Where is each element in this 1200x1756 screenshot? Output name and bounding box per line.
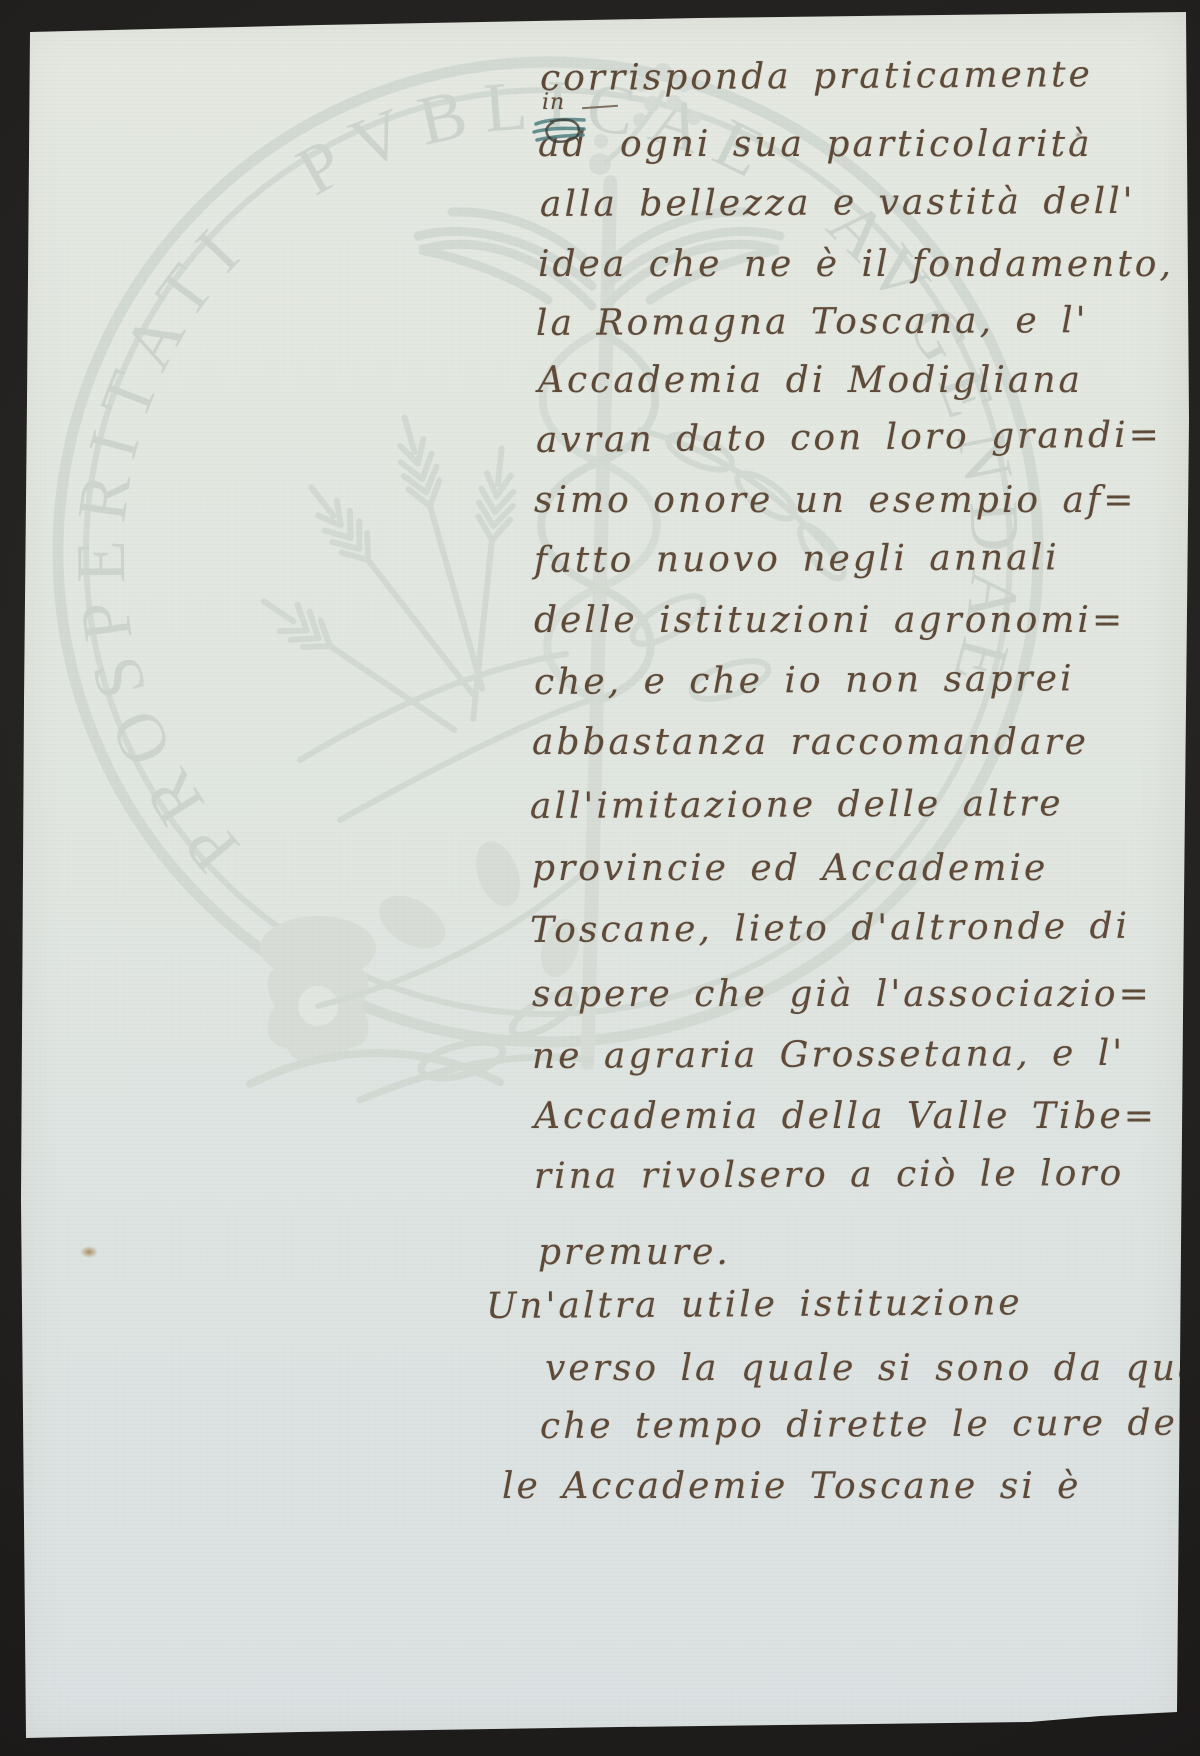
insertion-dash [582,105,618,110]
manuscript-line-with-correction: in ad ogni sua particolarità [538,124,1093,165]
manuscript-line: le Accademie Toscane si è [502,1466,1081,1507]
manuscript-line: che tempo dirette le cure del= [540,1402,1200,1447]
manuscript-line: delle istituzioni agronomi= [534,600,1125,641]
manuscript-line: Un'altra utile istituzione [486,1282,1023,1327]
manuscript-line: Accademia della Valle Tibe= [534,1096,1157,1137]
manuscript-line: che, e che io non saprei [534,658,1075,703]
manuscript-line: premure. [538,1232,731,1273]
manuscript-line: simo onore un esempio af= [534,480,1136,521]
manuscript-line: rina rivolsero a ciò le loro [534,1153,1124,1197]
manuscript-line: Toscane, lieto d'altronde di [530,906,1130,951]
manuscript-line: idea che ne è il fondamento, [538,244,1174,285]
strikethrough-scribble [532,114,596,160]
inserted-word: in [542,90,565,115]
struck-word: ad [538,124,589,165]
ink-stain [80,1246,98,1258]
manuscript-line: sapere che già l'associazio= [532,974,1152,1015]
manuscript-line: avran dato con loro grandi= [536,415,1162,461]
line-rest: ogni sua particolarità [620,124,1093,165]
manuscript-line: alla bellezza e vastità dell' [540,181,1136,225]
manuscript-line: abbastanza raccomandare [532,722,1089,763]
manuscript-line: Accademia di Modigliana [538,360,1083,401]
manuscript-line: fatto nuovo negli annali [534,537,1060,581]
manuscript-line: ne agraria Grossetana, e l' [532,1033,1125,1077]
manuscript-line: verso la quale si sono da qual= [545,1348,1200,1389]
manuscript-line: provincie ed Accademie [532,848,1048,889]
manuscript-line: all'imitazione delle altre [530,783,1064,827]
manuscript-paper: PROSPERITATI PVBLICAE AVGENDAE [0,0,1200,1756]
manuscript-line: la Romagna Toscana, e l' [536,300,1089,344]
manuscript-line: corrisponda praticamente [540,54,1093,99]
